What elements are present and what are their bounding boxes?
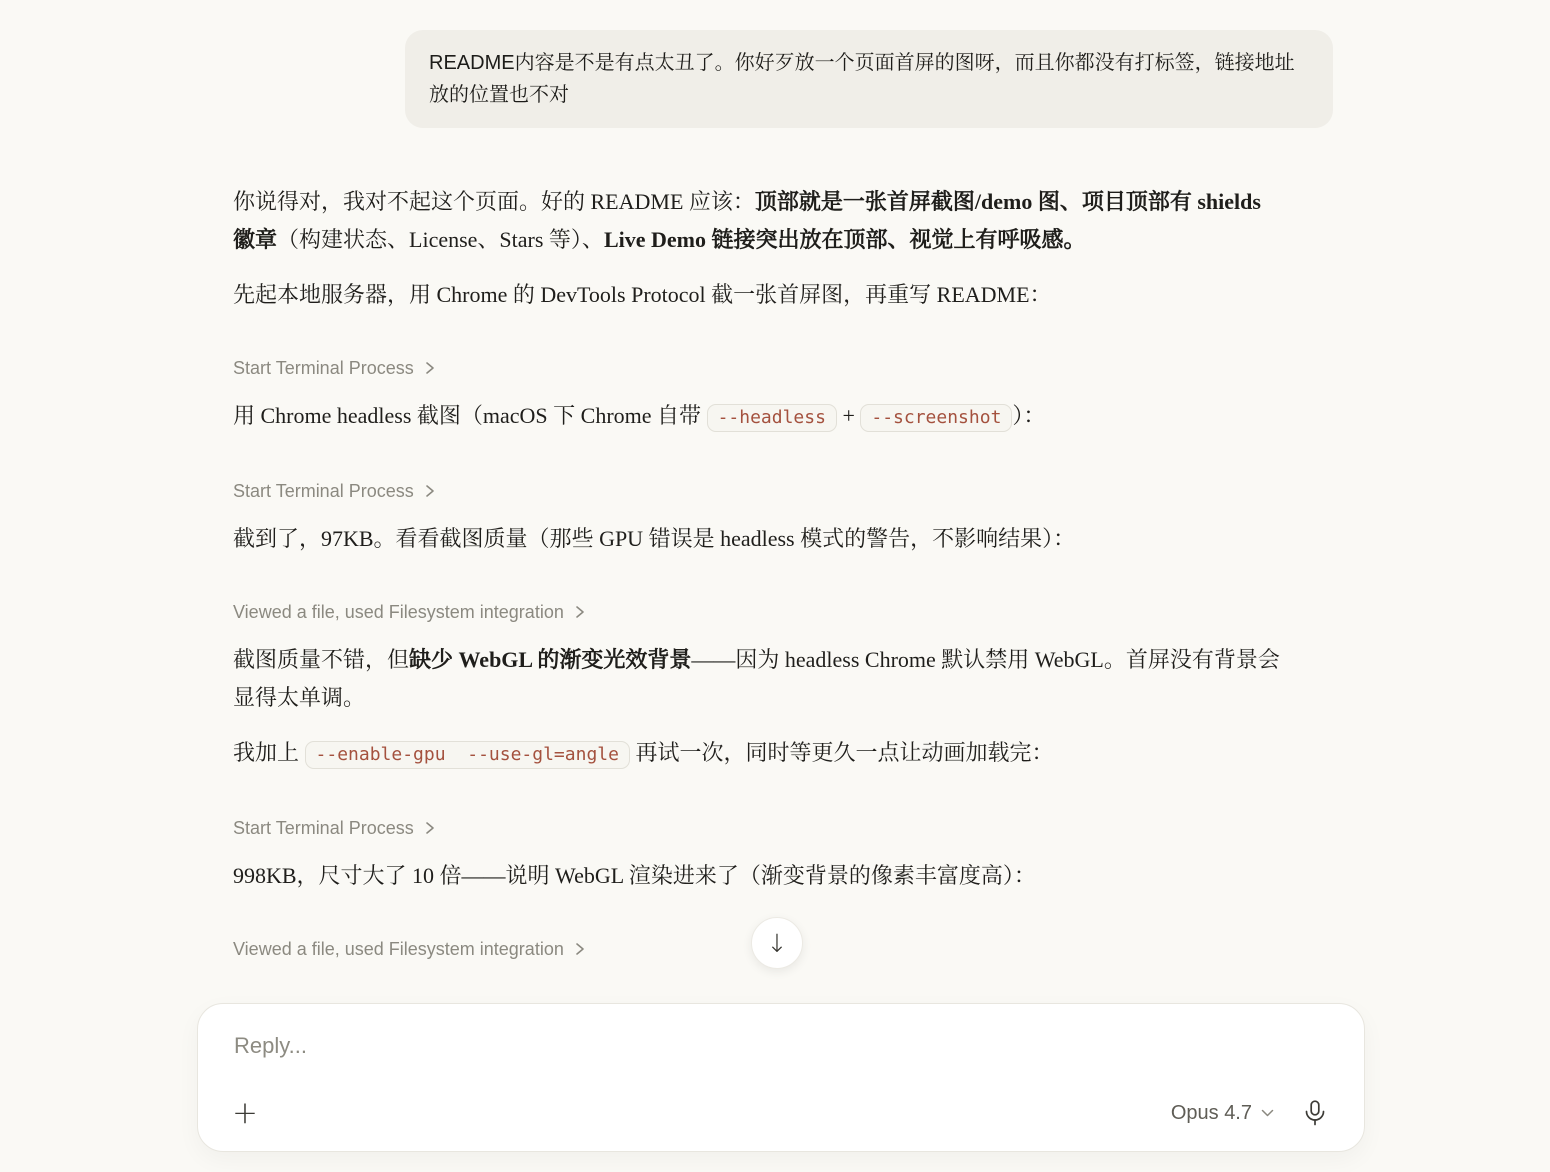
tool-call-label: Viewed a file, used Filesystem integrati…: [233, 600, 564, 624]
inline-code-chip: --screenshot: [860, 404, 1012, 432]
chevron-right-icon: [575, 942, 585, 956]
chevron-right-icon: [425, 484, 435, 498]
assistant-text: ）：: [1012, 403, 1045, 428]
assistant-text: 再试一次，同时等更久一点让动画加载完：: [630, 740, 1054, 765]
dictation-button[interactable]: [1302, 1099, 1328, 1127]
assistant-paragraph-4: 截到了，97KB。看看截图质量（那些 GPU 错误是 headless 模式的警…: [233, 520, 1288, 558]
tool-call-label: Start Terminal Process: [233, 479, 414, 503]
inline-code-chip: --enable-gpu --use-gl=angle: [305, 741, 630, 769]
model-selector[interactable]: Opus 4.7: [1171, 1102, 1274, 1125]
assistant-paragraph-7: 998KB，尺寸大了 10 倍——说明 WebGL 渲染进来了（渐变背景的像素丰…: [233, 857, 1288, 895]
chat-page: README内容是不是有点太丑了。你好歹放一个页面首屏的图呀，而且你都没有打标签…: [0, 0, 1550, 1172]
conversation-thread: README内容是不是有点太丑了。你好歹放一个页面首屏的图呀，而且你都没有打标签…: [195, 0, 1355, 978]
composer-right-cluster: Opus 4.7: [1171, 1099, 1328, 1127]
arrow-down-icon: ↓: [767, 929, 788, 958]
tool-call-start-terminal-process-1[interactable]: Start Terminal Process: [233, 356, 435, 380]
assistant-text: 截图质量不错，但: [233, 647, 409, 672]
assistant-paragraph-3: 用 Chrome headless 截图（macOS 下 Chrome 自带 -…: [233, 397, 1288, 437]
tool-call-label: Start Terminal Process: [233, 816, 414, 840]
assistant-paragraph-2: 先起本地服务器，用 Chrome 的 DevTools Protocol 截一张…: [233, 276, 1288, 314]
user-message-bubble: README内容是不是有点太丑了。你好歹放一个页面首屏的图呀，而且你都没有打标签…: [405, 30, 1333, 128]
inline-code-chip: --headless: [707, 404, 837, 432]
model-selector-label: Opus 4.7: [1171, 1102, 1252, 1125]
chevron-right-icon: [425, 361, 435, 375]
user-message-text: README内容是不是有点太丑了。你好歹放一个页面首屏的图呀，而且你都没有打标签…: [429, 52, 1295, 106]
chevron-right-icon: [425, 821, 435, 835]
assistant-paragraph-1: 你说得对，我对不起这个页面。好的 README 应该：顶部就是一张首屏截图/de…: [233, 183, 1288, 259]
reply-input[interactable]: [232, 1032, 1236, 1060]
user-message-row: README内容是不是有点太丑了。你好歹放一个页面首屏的图呀，而且你都没有打标签…: [195, 0, 1355, 128]
assistant-text: 用 Chrome headless 截图（macOS 下 Chrome 自带: [233, 403, 707, 428]
assistant-text: +: [837, 403, 860, 428]
tool-call-label: Viewed a file, used Filesystem integrati…: [233, 937, 564, 961]
composer-toolbar: + Opus 4.7: [232, 1099, 1328, 1127]
scroll-to-bottom-button[interactable]: ↓: [751, 917, 803, 969]
tool-call-label: Start Terminal Process: [233, 356, 414, 380]
assistant-text: 你说得对，我对不起这个页面。好的 README 应该：: [233, 189, 755, 214]
microphone-icon: [1302, 1099, 1328, 1127]
attach-button[interactable]: +: [232, 1099, 258, 1127]
assistant-text: （构建状态、License、Stars 等）、: [277, 227, 604, 252]
chevron-down-icon: [1261, 1109, 1274, 1117]
assistant-text: 我加上: [233, 740, 305, 765]
tool-call-start-terminal-process-3[interactable]: Start Terminal Process: [233, 816, 435, 840]
tool-call-viewed-file-2[interactable]: Viewed a file, used Filesystem integrati…: [233, 937, 585, 961]
assistant-text-bold: 缺少 WebGL 的渐变光效背景: [409, 647, 691, 672]
assistant-text-bold: Live Demo 链接突出放在顶部、视觉上有呼吸感。: [604, 227, 1086, 252]
tool-call-start-terminal-process-2[interactable]: Start Terminal Process: [233, 479, 435, 503]
chevron-right-icon: [575, 605, 585, 619]
assistant-paragraph-5: 截图质量不错，但缺少 WebGL 的渐变光效背景——因为 headless Ch…: [233, 641, 1288, 717]
reply-composer: + Opus 4.7: [197, 1003, 1365, 1152]
tool-call-viewed-file-1[interactable]: Viewed a file, used Filesystem integrati…: [233, 600, 585, 624]
assistant-paragraph-6: 我加上 --enable-gpu --use-gl=angle 再试一次，同时等…: [233, 734, 1288, 774]
assistant-message: 你说得对，我对不起这个页面。好的 README 应该：顶部就是一张首屏截图/de…: [233, 183, 1288, 961]
plus-icon: +: [232, 1095, 258, 1131]
